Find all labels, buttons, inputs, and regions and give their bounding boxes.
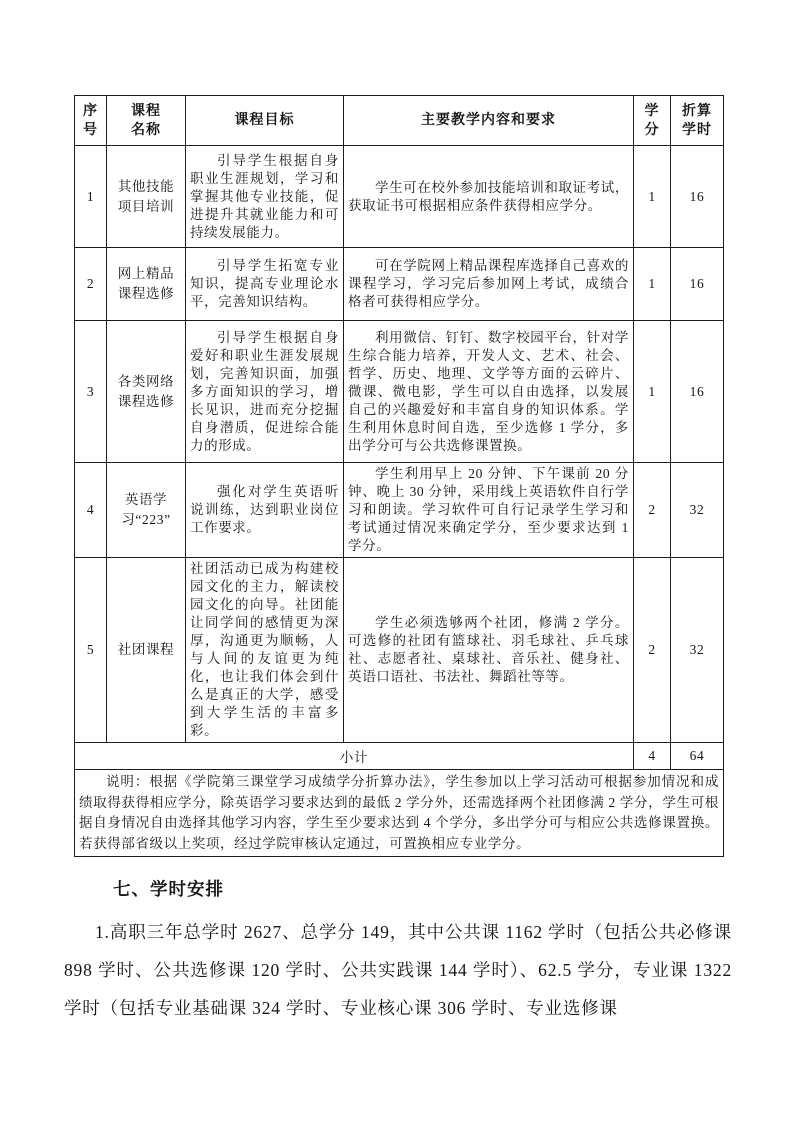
row-converted-hours: 16: [671, 248, 724, 321]
row-seq-no: 5: [75, 558, 107, 743]
row-course-objective: 社团活动已成为构建校园文化的主力，解读校园文化的向导。社团能让同学间的感情更为深…: [186, 558, 344, 743]
table-row: 5 社团课程 社团活动已成为构建校园文化的主力，解读校园文化的向导。社团能让同学…: [75, 558, 724, 743]
header-seq-no: 序 号: [75, 96, 107, 146]
course-credit-table: 序 号 课程 名称 课程目标 主要教学内容和要求 学 分 折算 学时 1 其他技…: [74, 95, 724, 857]
subtotal-label: 小计: [75, 743, 634, 770]
row-converted-hours: 32: [671, 463, 724, 558]
row-credit: 2: [634, 558, 671, 743]
row-converted-hours: 32: [671, 558, 724, 743]
header-course-objective: 课程目标: [186, 96, 344, 146]
row-course-objective: 强化对学生英语听说训练，达到职业岗位工作要求。: [186, 463, 344, 558]
table-row: 4 英语学习“223” 强化对学生英语听说训练，达到职业岗位工作要求。 学生利用…: [75, 463, 724, 558]
row-course-objective: 引导学生拓宽专业知识，提高专业理论水平，完善知识结构。: [186, 248, 344, 321]
row-converted-hours: 16: [671, 146, 724, 248]
header-credit: 学 分: [634, 96, 671, 146]
row-seq-no: 3: [75, 321, 107, 463]
hours-arrangement-section: 七、学时安排 1.高职三年总学时 2627、总学分 149，其中公共课 1162…: [64, 877, 732, 1027]
row-course-name: 其他技能项目培训: [107, 146, 186, 248]
table-row: 2 网上精品课程选修 引导学生拓宽专业知识，提高专业理论水平，完善知识结构。 可…: [75, 248, 724, 321]
table-row: 1 其他技能项目培训 引导学生根据自身职业生涯规划，学习和掌握其他专业技能，促进…: [75, 146, 724, 248]
header-converted-hours: 折算 学时: [671, 96, 724, 146]
row-converted-hours: 16: [671, 321, 724, 463]
row-teaching-content: 学生必须选够两个社团，修满 2 学分。可选修的社团有篮球社、羽毛球社、乒乓球社、…: [344, 558, 634, 743]
row-teaching-content: 学生利用早上 20 分钟、下午课前 20 分钟、晚上 30 分钟，采用线上英语软…: [344, 463, 634, 558]
row-course-name: 英语学习“223”: [107, 463, 186, 558]
row-teaching-content: 利用微信、钉钉、数字校园平台，针对学生综合能力培养，开发人文、艺术、社会、哲学、…: [344, 321, 634, 463]
row-seq-no: 1: [75, 146, 107, 248]
subtotal-hours: 64: [671, 743, 724, 770]
row-credit: 1: [634, 248, 671, 321]
row-course-objective: 引导学生根据自身职业生涯规划，学习和掌握其他专业技能，促进提升其就业能力和可持续…: [186, 146, 344, 248]
row-course-name: 网上精品课程选修: [107, 248, 186, 321]
row-seq-no: 2: [75, 248, 107, 321]
row-teaching-content: 学生可在校外参加技能培训和取证考试，获取证书可根据相应条件获得相应学分。: [344, 146, 634, 248]
section-heading: 七、学时安排: [64, 877, 732, 901]
row-teaching-content: 可在学院网上精品课程库选择自己喜欢的课程学习，学习完后参加网上考试，成绩合格者可…: [344, 248, 634, 321]
row-course-objective: 引导学生根据自身爱好和职业生涯发展规划，完善知识面，加强多方面知识的学习，增长见…: [186, 321, 344, 463]
subtotal-credit: 4: [634, 743, 671, 770]
table-header-row: 序 号 课程 名称 课程目标 主要教学内容和要求 学 分 折算 学时: [75, 96, 724, 146]
row-course-name: 社团课程: [107, 558, 186, 743]
document-page: 序 号 课程 名称 课程目标 主要教学内容和要求 学 分 折算 学时 1 其他技…: [0, 0, 793, 1122]
row-credit: 1: [634, 146, 671, 248]
table-row: 3 各类网络课程选修 引导学生根据自身爱好和职业生涯发展规划，完善知识面，加强多…: [75, 321, 724, 463]
row-seq-no: 4: [75, 463, 107, 558]
row-credit: 2: [634, 463, 671, 558]
header-teaching-content: 主要教学内容和要求: [344, 96, 634, 146]
table-note: 说明：根据《学院第三课堂学习成绩学分折算办法》，学生参加以上学习活动可根据参加情…: [75, 770, 724, 857]
header-course-name: 课程 名称: [107, 96, 186, 146]
section-paragraph: 1.高职三年总学时 2627、总学分 149，其中公共课 1162 学时（包括公…: [64, 913, 732, 1027]
subtotal-row: 小计 4 64: [75, 743, 724, 770]
row-course-name: 各类网络课程选修: [107, 321, 186, 463]
row-credit: 1: [634, 321, 671, 463]
note-row: 说明：根据《学院第三课堂学习成绩学分折算办法》，学生参加以上学习活动可根据参加情…: [75, 770, 724, 857]
